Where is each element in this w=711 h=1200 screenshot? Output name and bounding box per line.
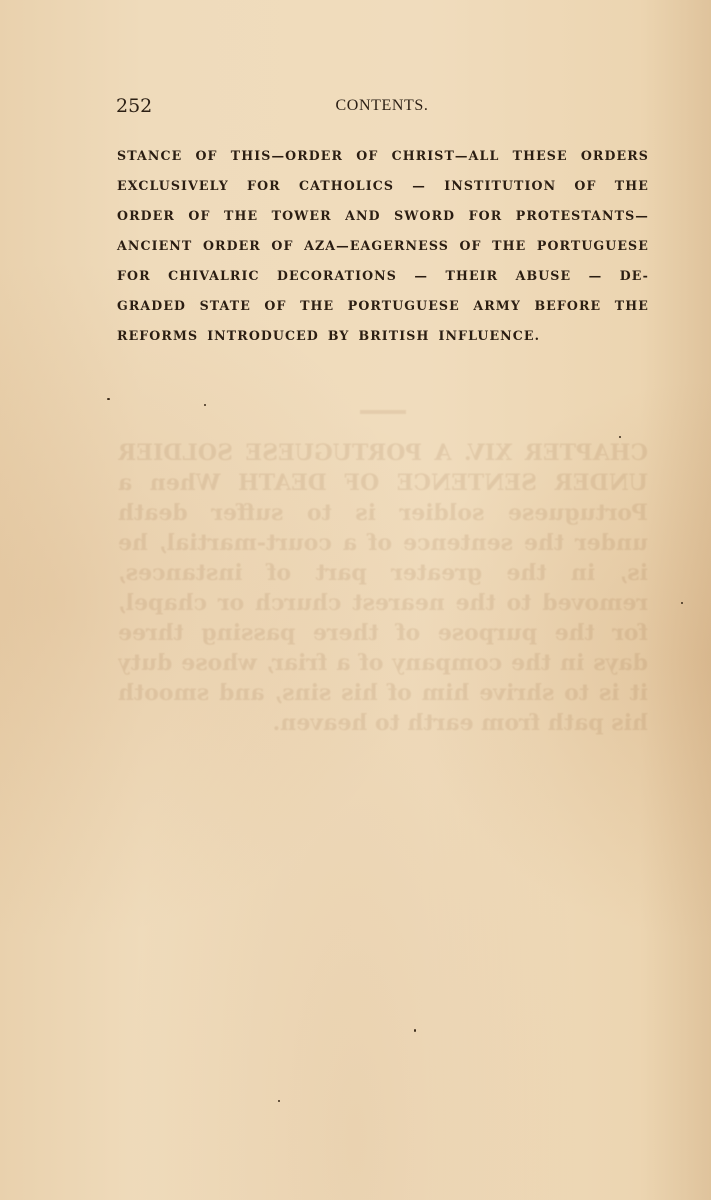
- word: THE: [615, 176, 649, 206]
- word: FOR: [469, 206, 503, 236]
- word: OF: [195, 146, 217, 176]
- word: CHRIST—ALL: [392, 146, 500, 176]
- word: —: [412, 176, 426, 206]
- word: OF: [356, 146, 378, 176]
- word: ORDER: [203, 236, 261, 266]
- word: —: [414, 266, 428, 296]
- paper-speck: [107, 398, 110, 400]
- word: OF: [264, 296, 286, 326]
- word: SWORD: [394, 206, 455, 236]
- summary-line: ORDEROFTHETOWERANDSWORDFORPROTESTANTS—: [117, 206, 649, 236]
- contents-summary: STANCEOFTHIS—ORDEROFCHRIST—ALLTHESEORDER…: [117, 146, 649, 356]
- word: PORTUGUESE: [537, 236, 649, 266]
- word: OF: [574, 176, 596, 206]
- page-header: 252 CONTENTS.: [116, 95, 648, 119]
- paper-speck: [414, 1029, 416, 1032]
- word: —: [589, 266, 603, 296]
- word: OF: [459, 236, 481, 266]
- word: BY: [328, 326, 350, 356]
- bleed-through-text: CHAPTER XIV. A PORTUGUESE SOLDIER UNDER …: [118, 410, 648, 1100]
- summary-line: ANCIENTORDEROFAZA—EAGERNESSOFTHEPORTUGUE…: [117, 236, 649, 266]
- word: THESE: [513, 146, 568, 176]
- word: PROTESTANTS—: [516, 206, 649, 236]
- word: DECORATIONS: [277, 266, 397, 296]
- word: CHIVALRIC: [168, 266, 260, 296]
- word: ARMY: [473, 296, 521, 326]
- word: REFORMS: [117, 326, 198, 356]
- paper-speck: [278, 1100, 280, 1102]
- paper-speck: [204, 404, 206, 406]
- ornament-rule: [360, 410, 406, 414]
- summary-line: STANCEOFTHIS—ORDEROFCHRIST—ALLTHESEORDER…: [117, 146, 649, 176]
- word: AZA—EAGERNESS: [304, 236, 449, 266]
- word: EXCLUSIVELY: [117, 176, 229, 206]
- word: OF: [271, 236, 293, 266]
- word: ABUSE: [516, 266, 572, 296]
- word: THE: [300, 296, 334, 326]
- word: THE: [224, 206, 258, 236]
- word: CATHOLICS: [299, 176, 394, 206]
- running-head: CONTENTS.: [116, 97, 648, 115]
- word: BRITISH: [358, 326, 429, 356]
- word: BEFORE: [534, 296, 601, 326]
- word: OF: [188, 206, 210, 236]
- word: INSTITUTION: [444, 176, 556, 206]
- word: FOR: [247, 176, 281, 206]
- word: DE-: [620, 266, 649, 296]
- word: FOR: [117, 266, 151, 296]
- summary-line: GRADEDSTATEOFTHEPORTUGUESEARMYBEFORETHE: [117, 296, 649, 326]
- word: AND: [345, 206, 381, 236]
- word: THIS—ORDER: [231, 146, 343, 176]
- word: INTRODUCED: [207, 326, 319, 356]
- word: THEIR: [445, 266, 498, 296]
- summary-line: FORCHIVALRICDECORATIONS—THEIRABUSE—DE-: [117, 266, 649, 296]
- word: GRADED: [117, 296, 186, 326]
- paper-speck: [681, 602, 683, 604]
- word: INFLUENCE.: [438, 326, 540, 356]
- word: PORTUGUESE: [348, 296, 460, 326]
- paper-speck: [619, 436, 621, 438]
- word: ANCIENT: [117, 236, 192, 266]
- word: STANCE: [117, 146, 182, 176]
- word: STATE: [200, 296, 251, 326]
- word: TOWER: [272, 206, 332, 236]
- word: THE: [492, 236, 526, 266]
- word: ORDERS: [581, 146, 649, 176]
- bleed-through-paragraph: CHAPTER XIV. A PORTUGUESE SOLDIER UNDER …: [118, 438, 648, 738]
- word: ORDER: [117, 206, 175, 236]
- summary-line-last: REFORMSINTRODUCEDBYBRITISHINFLUENCE.: [117, 326, 649, 356]
- summary-line: EXCLUSIVELYFORCATHOLICS—INSTITUTIONOFTHE: [117, 176, 649, 206]
- book-page: CHAPTER XIV. A PORTUGUESE SOLDIER UNDER …: [0, 0, 711, 1200]
- word: THE: [615, 296, 649, 326]
